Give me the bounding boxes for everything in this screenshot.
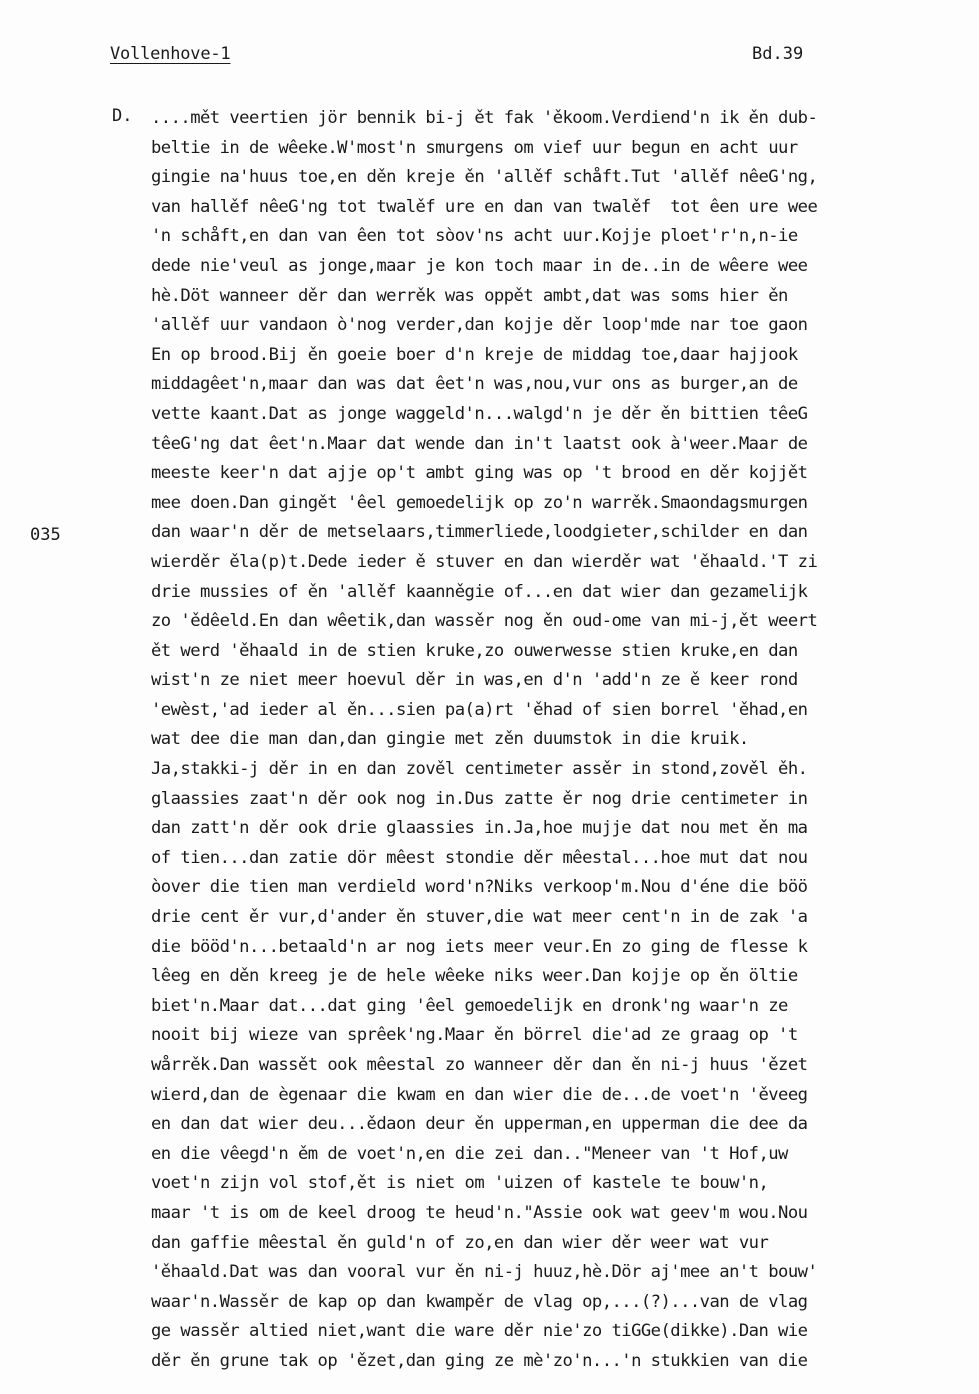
transcript-body: ....mět veertien jör bennik bi-j ět fak … <box>151 104 979 1377</box>
transcript-line: 'n schåft,en dan van êen tot sòov'ns ach… <box>151 222 979 252</box>
transcript-line: ....mět veertien jör bennik bi-j ět fak … <box>151 104 979 134</box>
transcript-line: die bööd'n...betaald'n ar nog iets meer … <box>151 933 979 963</box>
margin-counter-note: 035 <box>30 525 61 545</box>
document-title: Vollenhove-1 <box>110 44 230 64</box>
transcript-line: dan zatt'n děr ook drie glaassies in.Ja,… <box>151 814 979 844</box>
transcript-line: 'ěhaald.Dat was dan vooral vur ěn ni-j h… <box>151 1258 979 1288</box>
tape-reference: Bd.39 <box>752 44 803 64</box>
transcript-line: lêeg en děn kreeg je de hele wêeke niks … <box>151 962 979 992</box>
transcript-line: têeG'ng dat êet'n.Maar dat wende dan in'… <box>151 430 979 460</box>
transcript-line: dan gaffie mêestal ěn guld'n of zo,en da… <box>151 1229 979 1259</box>
transcript-line: biet'n.Maar dat...dat ging 'êel gemoedel… <box>151 992 979 1022</box>
transcript-line: wierděr ěla(p)t.Dede ieder ě stuver en d… <box>151 548 979 578</box>
transcript-line: hè.Döt wanneer děr dan werrěk was oppět … <box>151 282 979 312</box>
transcript-line: van hallěf nêeG'ng tot twalěf ure en dan… <box>151 193 979 223</box>
transcript-line: drie cent ěr vur,d'ander ěn stuver,die w… <box>151 903 979 933</box>
transcript-line: maar 't is om de keel droog te heud'n."A… <box>151 1199 979 1229</box>
transcript-line: meeste keer'n dat ajje op't ambt ging wa… <box>151 459 979 489</box>
transcript-line: 'ewèst,'ad ieder al ěn...sien pa(a)rt 'ě… <box>151 696 979 726</box>
transcript-line: dan waar'n děr de metselaars,timmerliede… <box>151 518 979 548</box>
transcript-line: vette kaant.Dat as jonge waggeld'n...wal… <box>151 400 979 430</box>
transcript-line: gingie na'huus toe,en děn kreje ěn 'allě… <box>151 163 979 193</box>
transcript-line: òover die tien man verdield word'n?Niks … <box>151 873 979 903</box>
transcript-line: middagêet'n,maar dan was dat êet'n was,n… <box>151 370 979 400</box>
transcript-line: dede nie'veul as jonge,maar je kon toch … <box>151 252 979 282</box>
transcript-line: nooit bij wieze van sprêek'ng.Maar ěn bö… <box>151 1021 979 1051</box>
transcript-line: waar'n.Wassěr de kap op dan kwampěr de v… <box>151 1288 979 1318</box>
transcript-line: wat dee die man dan,dan gingie met zěn d… <box>151 725 979 755</box>
transcript-line: ge wassěr altied niet,want die ware děr … <box>151 1317 979 1347</box>
transcript-page: Vollenhove-1 Bd.39 D. 035 ....mět veerti… <box>0 0 979 1394</box>
transcript-line: voet'n zijn vol stof,ět is niet om 'uize… <box>151 1169 979 1199</box>
transcript-line: wårrěk.Dan wassět ook mêestal zo wanneer… <box>151 1051 979 1081</box>
transcript-line: děr ěn grune tak op 'ězet,dan ging ze mè… <box>151 1347 979 1377</box>
transcript-line: beltie in de wêeke.W'most'n smurgens om … <box>151 134 979 164</box>
transcript-line: 'allěf uur vandaon ò'nog verder,dan kojj… <box>151 311 979 341</box>
transcript-line: en dan dat wier deu...ědaon deur ěn uppe… <box>151 1110 979 1140</box>
transcript-line: drie mussies of ěn 'allěf kaanněgie of..… <box>151 578 979 608</box>
transcript-line: wist'n ze niet meer hoevul děr in was,en… <box>151 666 979 696</box>
transcript-line: Ja,stakki-j děr in en dan zověl centimet… <box>151 755 979 785</box>
transcript-line: of tien...dan zatie dör mêest stondie dě… <box>151 844 979 874</box>
transcript-line: glaassies zaat'n děr ook nog in.Dus zatt… <box>151 785 979 815</box>
transcript-line: mee doen.Dan gingět 'êel gemoedelijk op … <box>151 489 979 519</box>
transcript-line: wierd,dan de ègenaar die kwam en dan wie… <box>151 1081 979 1111</box>
transcript-line: ět werd 'ěhaald in de stien kruke,zo ouw… <box>151 637 979 667</box>
transcript-line: En op brood.Bij ěn goeie boer d'n kreje … <box>151 341 979 371</box>
transcript-line: en die vêegd'n ěm de voet'n,en die zei d… <box>151 1140 979 1170</box>
transcript-line: zo 'ědêeld.En dan wêetik,dan wassěr nog … <box>151 607 979 637</box>
speaker-label: D. <box>112 106 132 126</box>
